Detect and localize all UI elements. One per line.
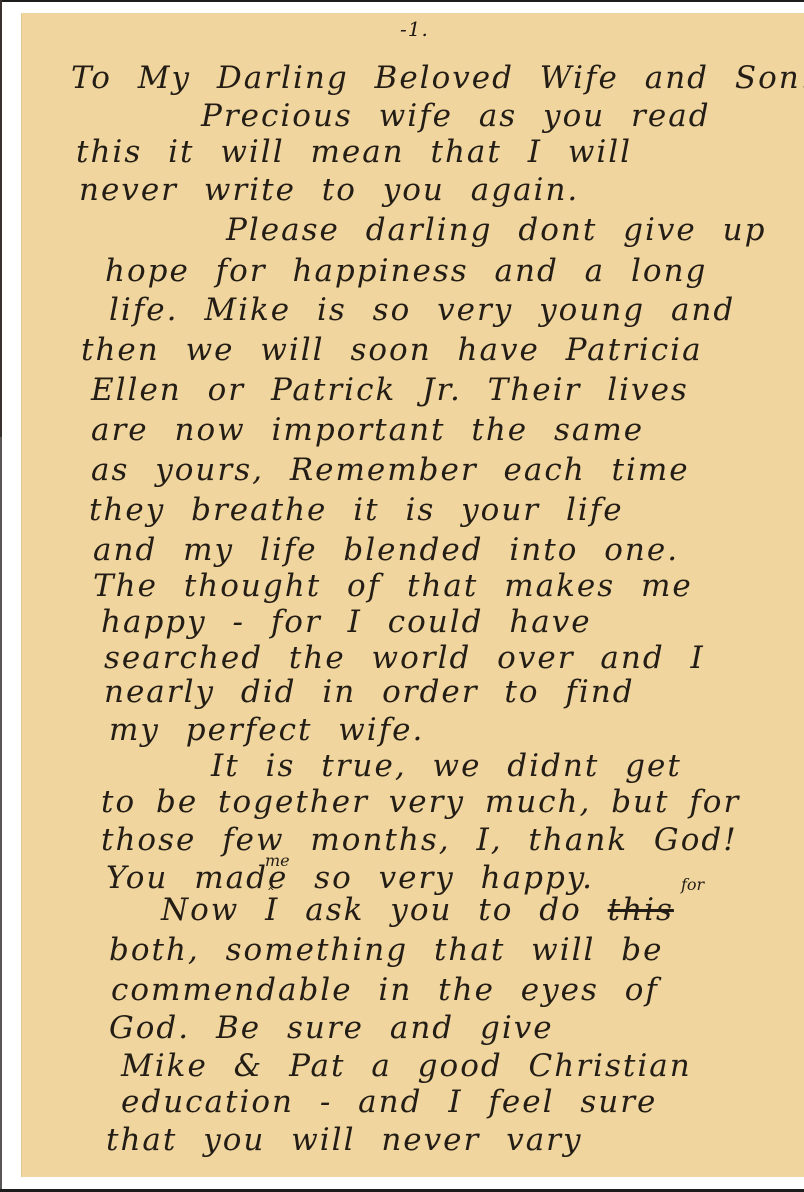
letter-line-23-text: Now I ask you to do xyxy=(161,892,582,928)
letter-line-21: those few months, I, thank God! xyxy=(101,825,738,856)
letter-line-24: both, something that will be xyxy=(109,935,664,966)
letter-line-20: to be together very much, but for xyxy=(101,787,740,818)
letter-line-3: this it will mean that I will xyxy=(76,137,632,168)
letter-line-10: are now important the same xyxy=(91,415,644,446)
letter-line-26: God. Be sure and give xyxy=(109,1013,554,1044)
letter-page: -1. To My Darling Beloved Wife and Son. … xyxy=(21,13,804,1177)
letter-line-12: they breathe it is your life xyxy=(89,495,624,526)
letter-line-29: that you will never vary xyxy=(106,1125,583,1156)
letter-line-5: Please darling dont give up xyxy=(226,215,766,246)
page-number: -1. xyxy=(400,17,429,41)
letter-line-14: The thought of that makes me xyxy=(93,571,693,602)
insertion-caret-icon: ‸ xyxy=(268,871,273,890)
letter-line-2: Precious wife as you read xyxy=(201,101,711,132)
letter-line-16: searched the world over and I xyxy=(104,643,705,674)
letter-line-6: hope for happiness and a long xyxy=(105,256,707,287)
letter-line-4: never write to you again. xyxy=(79,175,579,206)
letter-line-7: life. Mike is so very young and xyxy=(109,295,735,326)
letter-line-8: then we will soon have Patricia xyxy=(81,335,703,366)
top-border xyxy=(0,0,804,2)
letter-line-15: happy - for I could have xyxy=(101,607,592,638)
letter-line-1: To My Darling Beloved Wife and Son. xyxy=(71,63,804,94)
letter-line-25: commendable in the eyes of xyxy=(111,975,659,1006)
inserted-word-me: me xyxy=(265,851,290,870)
letter-line-19: It is true, we didnt get xyxy=(211,751,682,782)
letter-line-23: Now I ask you to do this xyxy=(161,895,674,926)
letter-line-13: and my life blended into one. xyxy=(93,535,679,566)
letter-line-18: my perfect wife. xyxy=(109,715,424,746)
letter-line-17: nearly did in order to find xyxy=(104,677,635,708)
left-border xyxy=(0,0,2,437)
letter-line-28: education - and I feel sure xyxy=(121,1087,657,1118)
replacement-word-for: for xyxy=(681,875,704,894)
letter-line-22: You made so very happy. xyxy=(106,863,594,894)
letter-line-27: Mike & Pat a good Christian xyxy=(121,1051,692,1082)
letter-line-22-text: You made so very happy. xyxy=(106,860,594,896)
struck-word-this: this xyxy=(608,892,674,928)
letter-line-9: Ellen or Patrick Jr. Their lives xyxy=(91,375,689,406)
left-border-lower xyxy=(0,437,2,1192)
letter-line-11: as yours, Remember each time xyxy=(91,455,690,486)
